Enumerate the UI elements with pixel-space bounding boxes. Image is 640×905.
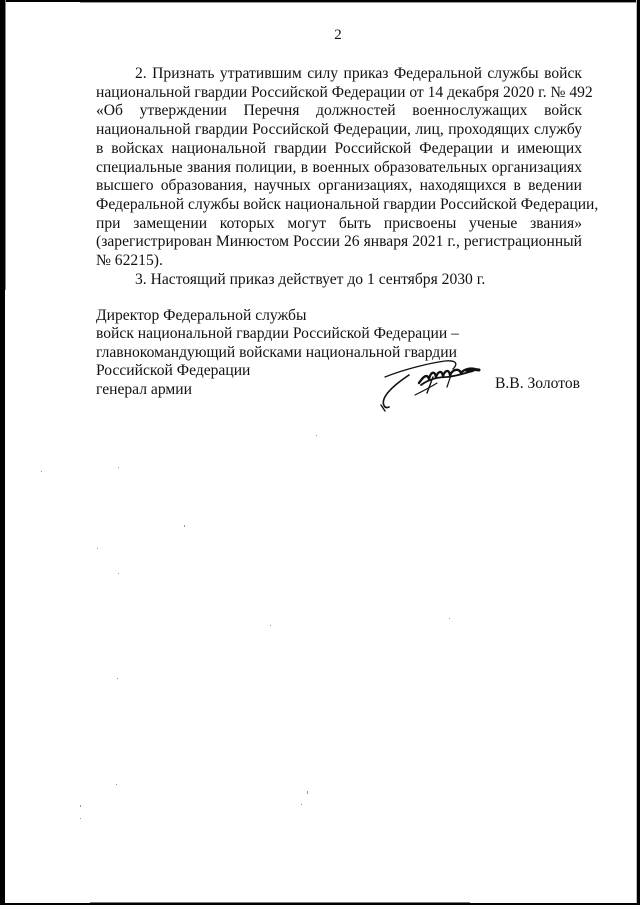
text-line: высшего образования, научных организация… [96,177,582,196]
scan-speck [116,784,117,785]
signer-name: В.В. Золотов [495,375,580,393]
scan-speck [97,548,98,549]
document-page: 2 2. Признать утратившим силу приказ Фед… [0,0,640,905]
scan-edge-top-shadow [80,2,640,3]
text-line: (зарегистрирован Минюстом России 26 янва… [96,233,582,252]
scan-edge-bottom-shadow [90,902,470,903]
scan-speck [118,467,119,468]
text-line: в войсках национальной гвардии Российско… [96,140,582,159]
text-line: национальной гвардии Российской Федераци… [96,84,582,103]
scan-speck [80,818,81,819]
scan-speck [316,435,317,436]
paragraph-2: 2. Признать утратившим силу приказ Федер… [96,65,582,271]
scan-speck [301,804,302,805]
text-line: национальной гвардии Российской Федераци… [96,121,582,140]
scan-speck [449,618,450,619]
scan-speck [270,625,271,626]
signer-title-line: Директор Федеральной службы [96,307,459,325]
signer-title-line: войск национальной гвардии Российской Фе… [96,325,459,343]
text-line: при замещении которых могут быть присвое… [96,215,582,234]
text-line: 3. Настоящий приказ действует до 1 сентя… [96,271,582,290]
scan-speck [117,678,118,679]
scan-speck [41,471,42,472]
paragraph-3: 3. Настоящий приказ действует до 1 сентя… [96,271,582,290]
text-line: № 62215). [96,252,582,271]
document-body: 2. Признать утратившим силу приказ Федер… [96,65,582,289]
scan-speck [184,525,185,527]
scan-edge-right-shadow [636,0,637,905]
scan-speck [80,805,81,807]
scan-speck [307,791,308,794]
scan-speck [118,573,119,574]
text-line: специальные звания полиции, в военных об… [96,159,582,178]
page-number: 2 [0,26,640,44]
text-line: 2. Признать утратившим силу приказ Федер… [96,65,582,84]
text-line: Федеральной службы войск национальной гв… [96,196,582,215]
text-line: «Об утверждении Перечня должностей военн… [96,102,582,121]
handwritten-signature-icon [375,357,485,412]
